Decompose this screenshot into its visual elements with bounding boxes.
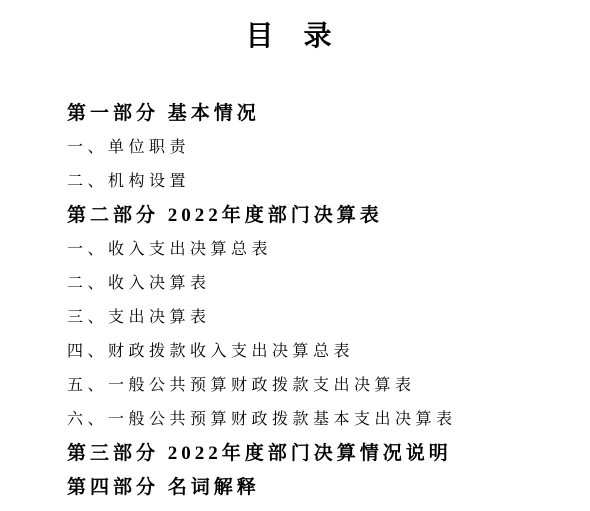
table-of-contents: 第一部分 基本情况一、单位职责二、机构设置第二部分 2022年度部门决算表一、收… (0, 97, 590, 505)
toc-item: 四、财政拨款收入支出决算总表 (67, 335, 580, 369)
toc-section-heading: 第四部分 名词解释 (67, 471, 580, 505)
toc-item: 二、机构设置 (67, 165, 580, 199)
toc-item: 一、收入支出决算总表 (67, 233, 580, 267)
toc-section-heading: 第三部分 2022年度部门决算情况说明 (67, 437, 580, 471)
toc-item: 二、收入决算表 (67, 267, 580, 301)
toc-section-heading: 第二部分 2022年度部门决算表 (67, 199, 580, 233)
toc-section-heading: 第一部分 基本情况 (67, 97, 580, 131)
toc-item: 一、单位职责 (67, 131, 580, 165)
document-page: 目 录 第一部分 基本情况一、单位职责二、机构设置第二部分 2022年度部门决算… (0, 0, 590, 511)
toc-item: 三、支出决算表 (67, 301, 580, 335)
toc-item: 五、一般公共预算财政拨款支出决算表 (67, 369, 580, 403)
page-title: 目 录 (0, 0, 590, 54)
toc-item: 六、一般公共预算财政拨款基本支出决算表 (67, 403, 580, 437)
